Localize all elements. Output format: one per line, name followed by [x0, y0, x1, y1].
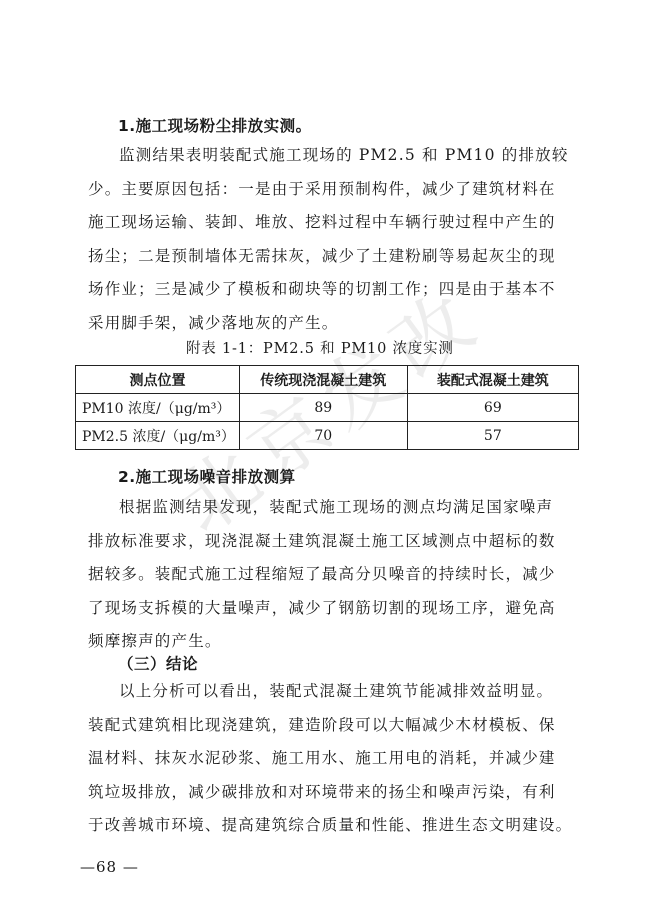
table-cell: 57: [407, 422, 578, 450]
text-line: 排放标准要求，现浇混凝土建筑混凝土施工区域测点中超标的数: [88, 525, 570, 559]
text-line: 场作业；三是减少了模板和砌块等的切割工作；四是由于基本不: [88, 273, 570, 307]
section2-heading: 2.施工现场噪音排放测算: [118, 465, 296, 487]
table-cell: 70: [239, 422, 407, 450]
section1-body: 监测结果表明装配式施工现场的 PM2.5 和 PM10 的排放较 少。主要原因包…: [88, 139, 570, 341]
table-header-row: 测点位置 传统现浇混凝土建筑 装配式混凝土建筑: [76, 366, 579, 394]
text-line: 根据监测结果发现，装配式施工现场的测点均满足国家噪声: [88, 491, 570, 525]
text-line: 于改善城市环境、提高建筑综合质量和性能、推进生态文明建设。: [88, 809, 570, 843]
table-header: 测点位置: [76, 366, 240, 394]
table-cell: 89: [239, 394, 407, 422]
text-line: 了现场支拆模的大量噪声，减少了钢筋切割的现场工序，避免高: [88, 592, 570, 626]
section3-body: 以上分析可以看出，装配式混凝土建筑节能减排效益明显。 装配式建筑相比现浇建筑，建…: [88, 675, 570, 843]
text-line: 以上分析可以看出，装配式混凝土建筑节能减排效益明显。: [88, 675, 570, 709]
text-line: 少。主要原因包括：一是由于采用预制构件，减少了建筑材料在: [88, 173, 570, 207]
table-cell: PM2.5 浓度/（μg/m³）: [76, 422, 240, 450]
text-line: 据较多。装配式施工过程缩短了最高分贝噪音的持续时长，减少: [88, 558, 570, 592]
text-line: 施工现场运输、装卸、堆放、挖料过程中车辆行驶过程中产生的: [88, 206, 570, 240]
text-line: 扬尘；二是预制墙体无需抹灰，减少了土建粉刷等易起灰尘的现: [88, 240, 570, 274]
text-line: 筑垃圾排放，减少碳排放和对环境带来的扬尘和噪声污染，有利: [88, 776, 570, 810]
section2-body: 根据监测结果发现，装配式施工现场的测点均满足国家噪声 排放标准要求，现浇混凝土建…: [88, 491, 570, 659]
table-header: 传统现浇混凝土建筑: [239, 366, 407, 394]
table-caption: 附表 1-1：PM2.5 和 PM10 浓度实测: [186, 337, 454, 358]
text-line: 装配式建筑相比现浇建筑，建造阶段可以大幅减少木材模板、保: [88, 709, 570, 743]
document-page: 北京发改 1.施工现场粉尘排放实测。 监测结果表明装配式施工现场的 PM2.5 …: [0, 0, 650, 919]
page-number: —68 —: [80, 858, 139, 876]
text-line: 监测结果表明装配式施工现场的 PM2.5 和 PM10 的排放较: [88, 139, 570, 173]
table-row: PM10 浓度/（μg/m³） 89 69: [76, 394, 579, 422]
text-line: 采用脚手架，减少落地灰的产生。: [88, 307, 570, 341]
section1-heading: 1.施工现场粉尘排放实测。: [118, 114, 312, 136]
pm-concentration-table: 测点位置 传统现浇混凝土建筑 装配式混凝土建筑 PM10 浓度/（μg/m³） …: [75, 365, 579, 450]
table-cell: 69: [407, 394, 578, 422]
table-header: 装配式混凝土建筑: [407, 366, 578, 394]
text-line: 温材料、抹灰水泥砂浆、施工用水、施工用电的消耗，并减少建: [88, 742, 570, 776]
table-cell: PM10 浓度/（μg/m³）: [76, 394, 240, 422]
section3-heading: （三）结论: [118, 652, 198, 674]
table-row: PM2.5 浓度/（μg/m³） 70 57: [76, 422, 579, 450]
